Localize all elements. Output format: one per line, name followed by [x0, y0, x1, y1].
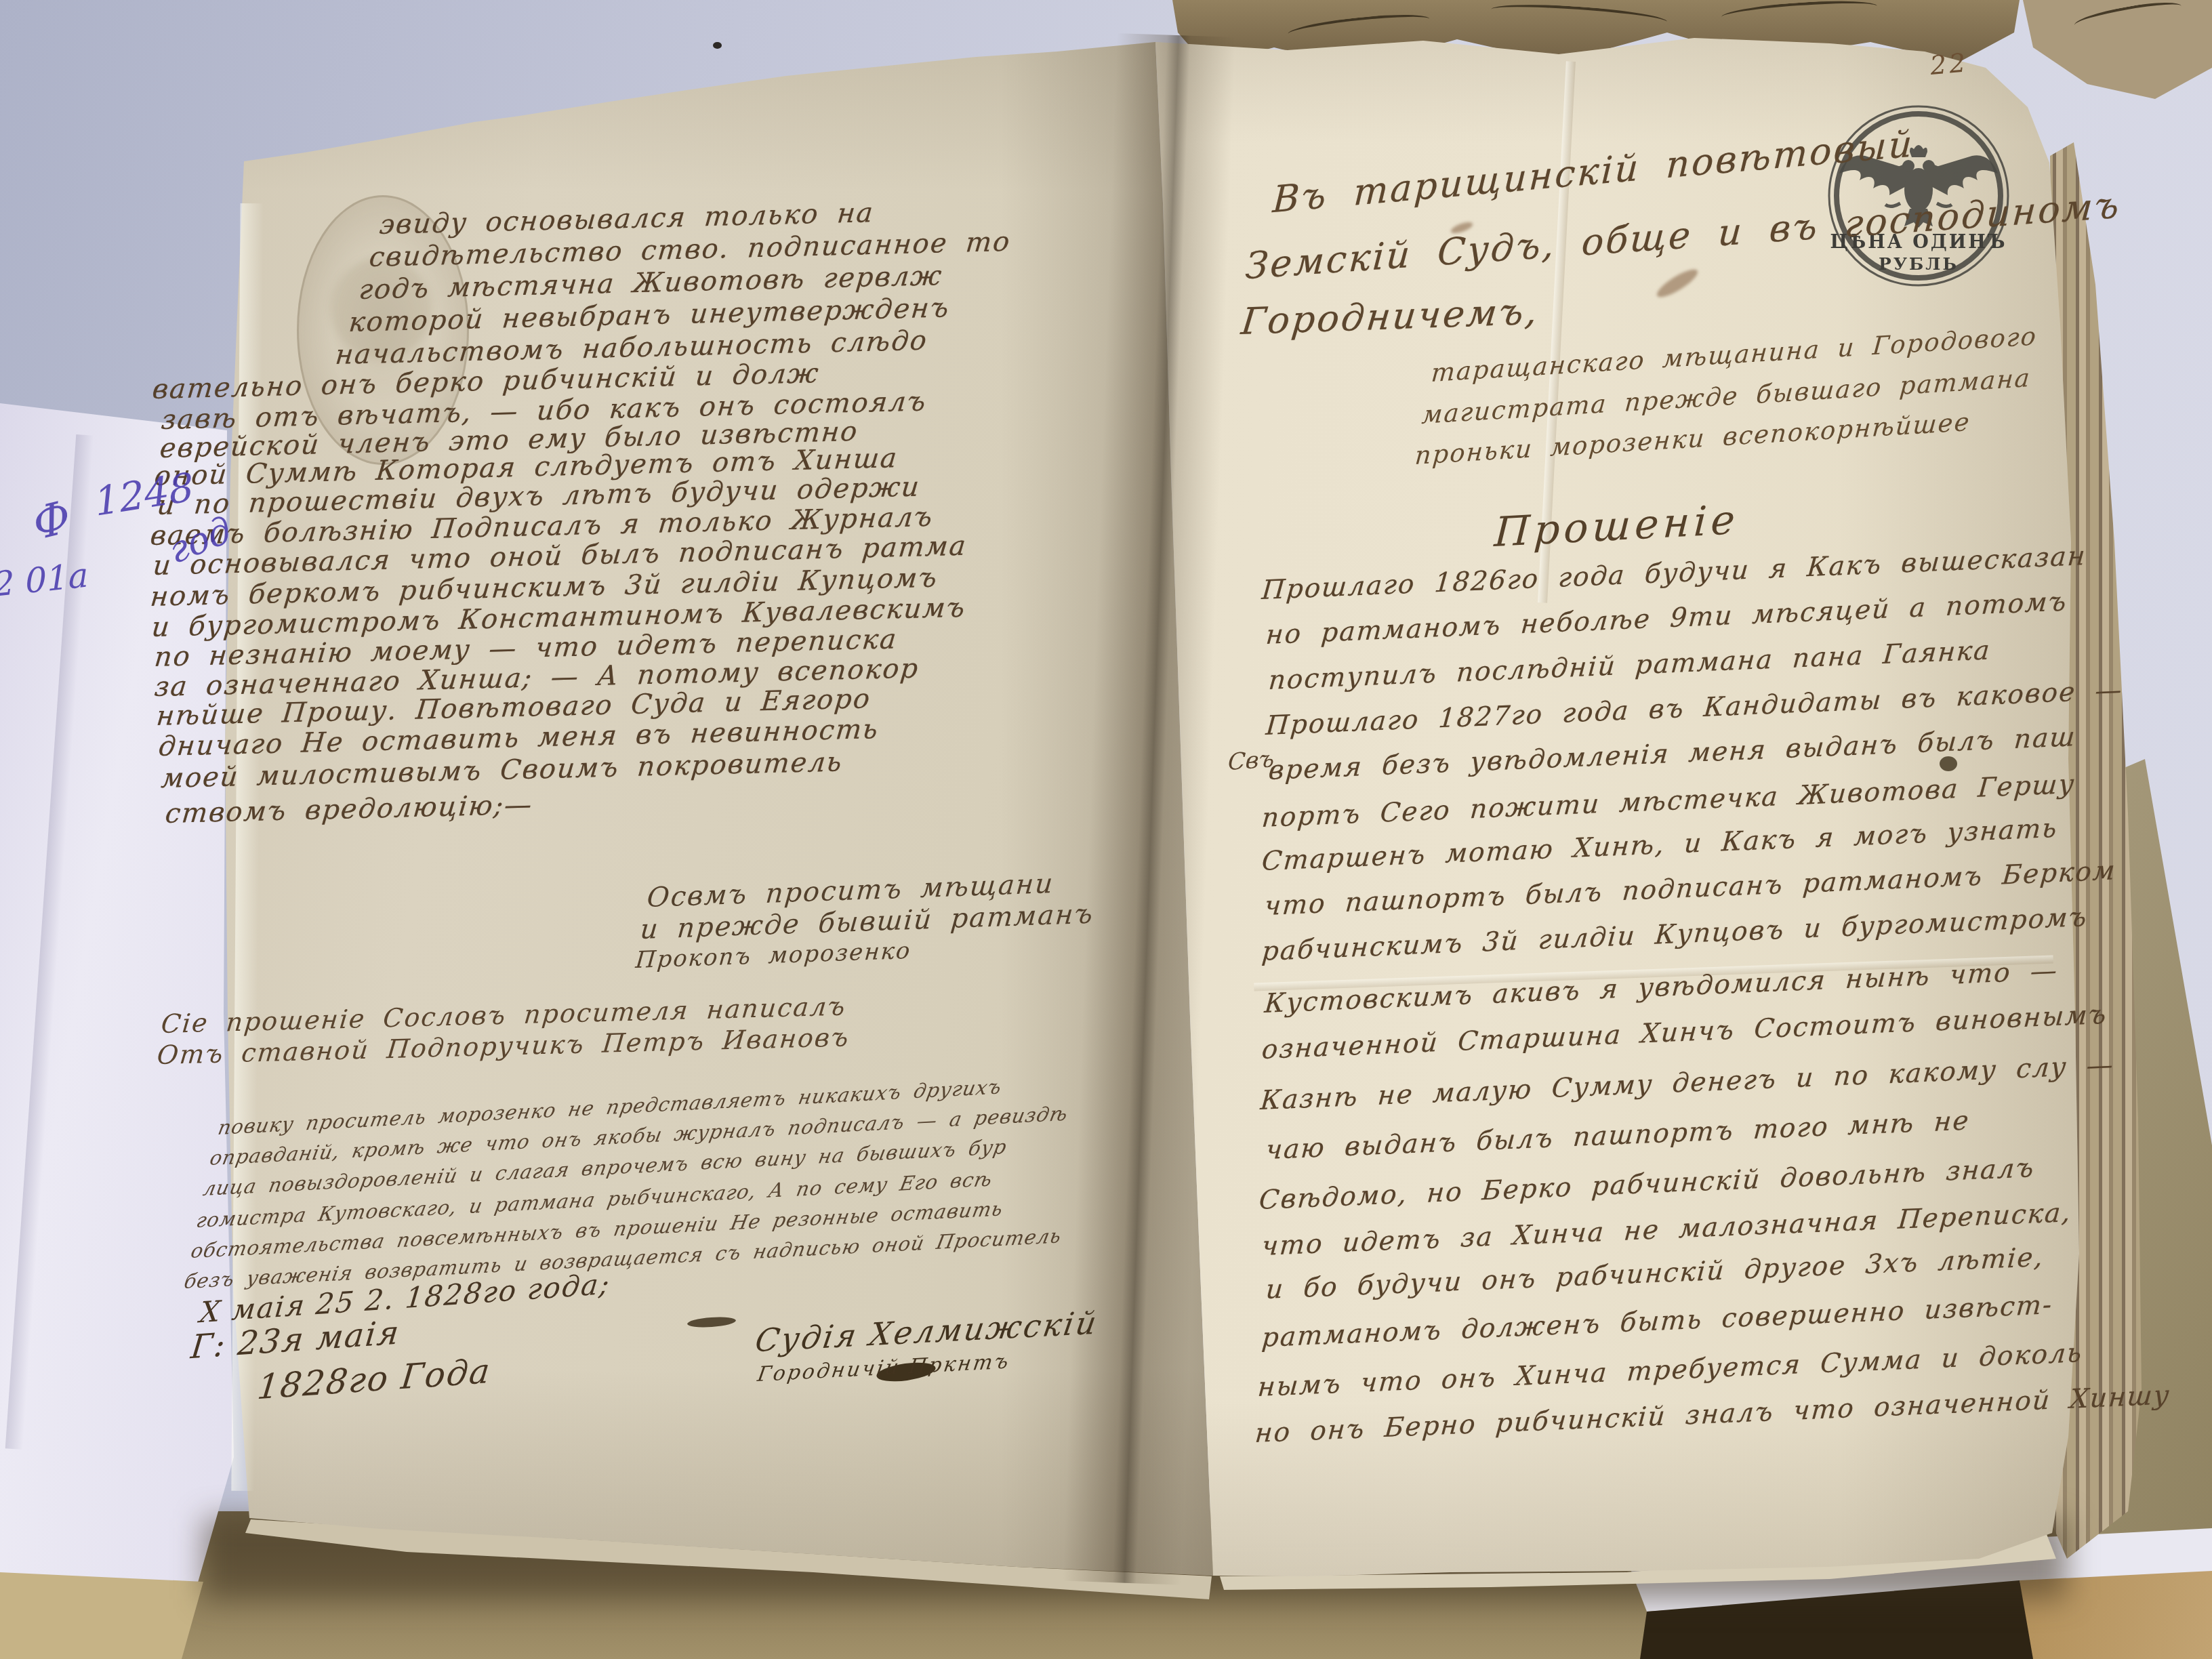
desk-speck — [713, 42, 722, 49]
price-stamp: ЦѢНА ОДИНЪ РУБЛЬ — [1824, 102, 2013, 290]
embossed-seal-center — [331, 258, 432, 359]
stamp-text-line1: ЦѢНА ОДИНЪ — [1830, 232, 2007, 253]
ink-blot — [1940, 756, 1957, 771]
stamp-text-line2: РУБЛЬ — [1879, 254, 1959, 274]
manuscript-photo: ЦѢНА ОДИНЪ РУБЛЬ 22 эвиду основывался то… — [0, 0, 2212, 1659]
double-headed-eagle-icon — [1839, 145, 1998, 228]
